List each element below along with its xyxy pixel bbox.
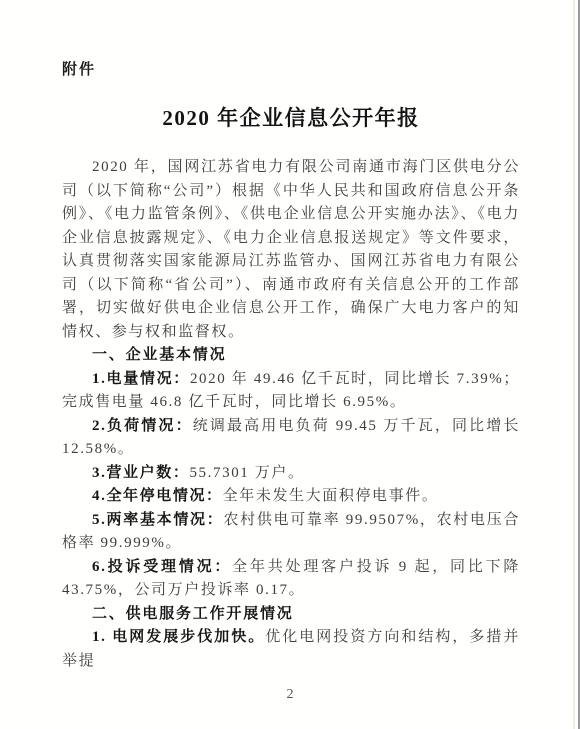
section-heading-2: 二、供电服务工作开展情况 (62, 603, 520, 627)
document-page: 附件 2020 年企业信息公开年报 2020 年，国网江苏省电力有限公司南通市海… (0, 0, 580, 729)
item-paragraph-4: 4.全年停电情况：全年未发生大面积停电事件。 (62, 485, 520, 509)
item-lead-4: 4.全年停电情况： (92, 488, 223, 504)
document-body: 2020 年，国网江苏省电力有限公司南通市海门区供电分公司（以下简称“公司”）根… (62, 156, 520, 673)
intro-paragraph: 2020 年，国网江苏省电力有限公司南通市海门区供电分公司（以下简称“公司”）根… (62, 156, 520, 344)
item-lead-6: 6.投诉受理情况： (92, 559, 232, 575)
page-number: 2 (0, 687, 580, 703)
section2-lead-1: 1. 电网发展步伐加快。 (92, 629, 265, 645)
item-paragraph-5: 5.两率基本情况：农村供电可靠率 99.9507%，农村电压合格率 99.999… (62, 509, 520, 556)
document-content: 附件 2020 年企业信息公开年报 2020 年，国网江苏省电力有限公司南通市海… (0, 0, 580, 673)
item-text-3: 55.7301 万户。 (189, 465, 304, 481)
document-title: 2020 年企业信息公开年报 (62, 105, 520, 131)
section2-paragraph-1: 1. 电网发展步伐加快。优化电网投资方向和结构，多措并举提 (62, 626, 520, 673)
section-heading-1: 一、企业基本情况 (62, 344, 520, 368)
item-paragraph-3: 3.营业户数：55.7301 万户。 (62, 462, 520, 486)
item-paragraph-1: 1.电量情况：2020 年 49.46 亿千瓦时，同比增长 7.39%；完成售电… (62, 368, 520, 415)
item-lead-1: 1.电量情况： (92, 371, 190, 387)
item-paragraph-6: 6.投诉受理情况：全年共处理客户投诉 9 起，同比下降 43.75%，公司万户投… (62, 556, 520, 603)
item-text-4: 全年未发生大面积停电事件。 (223, 488, 439, 504)
attachment-label: 附件 (62, 60, 520, 80)
item-lead-3: 3.营业户数： (92, 465, 189, 481)
item-lead-2: 2.负荷情况： (92, 418, 193, 434)
item-paragraph-2: 2.负荷情况：统调最高用电负荷 99.45 万千瓦，同比增长 12.58%。 (62, 415, 520, 462)
item-lead-5: 5.两率基本情况： (92, 512, 223, 528)
